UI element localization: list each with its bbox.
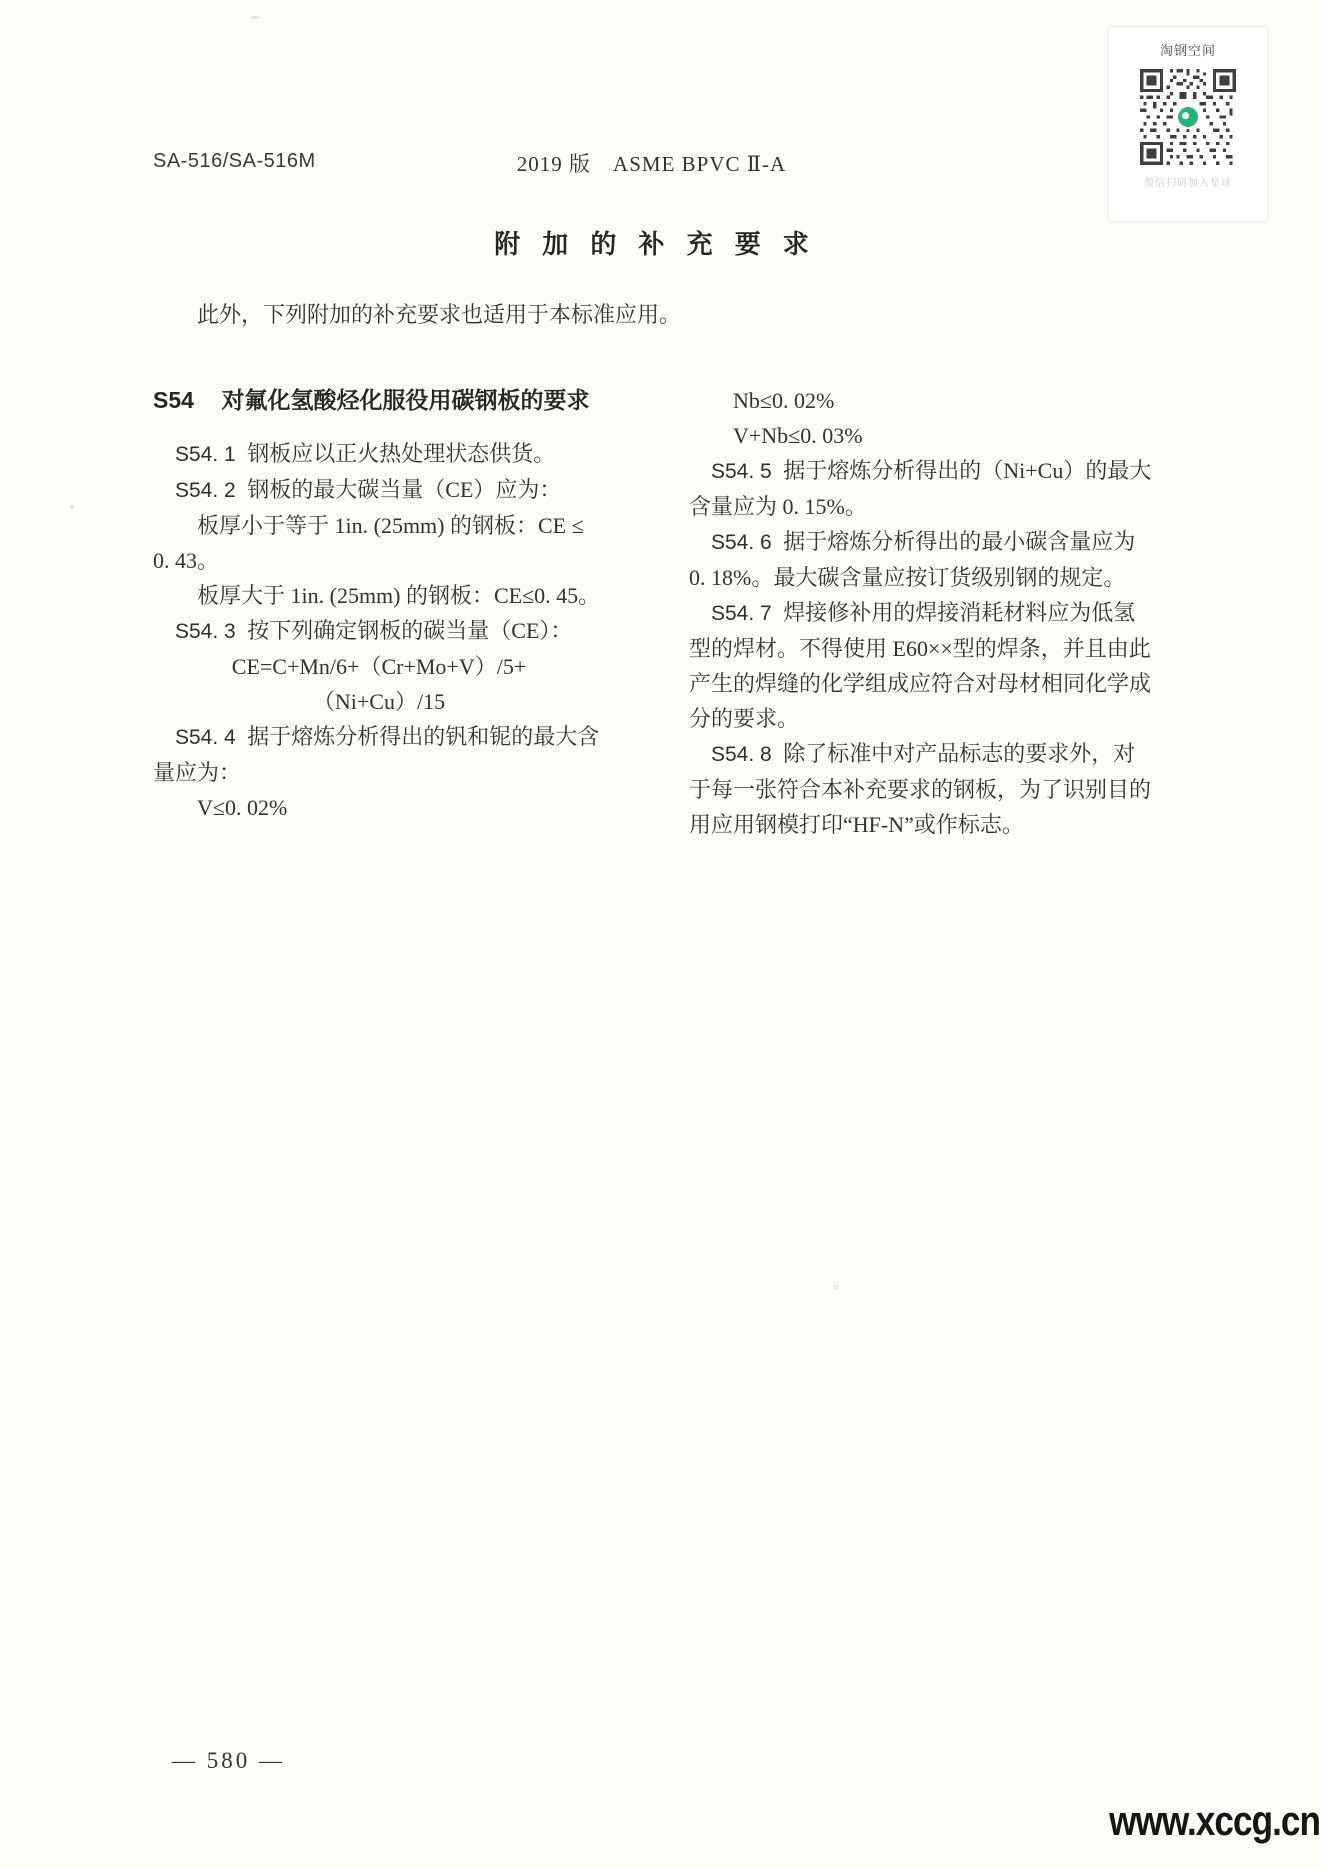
qr-widget-title: 淘钢空间 xyxy=(1109,40,1267,59)
limit-v-plus-nb: V+Nb≤0. 03% xyxy=(689,418,1155,453)
clause-number: S54. 1 xyxy=(175,443,236,466)
scan-artifact xyxy=(833,1284,839,1290)
clause-number: S54. 5 xyxy=(711,460,772,483)
page-header: SA-516/SA-516M 2019 版 ASME BPVC Ⅱ-A xyxy=(153,148,1150,176)
clause-s54-4: S54. 4据于熔炼分析得出的钒和铌的最大含量应为： xyxy=(153,719,605,790)
section-heading-s54: S54对氟化氢酸烃化服役用碳钢板的要求 xyxy=(153,383,605,418)
page-number: — 580 — xyxy=(172,1748,285,1774)
scan-artifact xyxy=(70,505,74,509)
spec-number: SA-516/SA-516M xyxy=(153,150,316,173)
clause-number: S54. 4 xyxy=(175,726,236,749)
left-column: S54对氟化氢酸烃化服役用碳钢板的要求 S54. 1钢板应以正火热处理状态供货。… xyxy=(153,383,605,842)
ce-formula-line-2: （Ni+Cu）/15 xyxy=(153,684,605,719)
clause-s54-3: S54. 3按下列确定钢板的碳当量（CE）： xyxy=(153,613,605,649)
limit-niobium: Nb≤0. 02% xyxy=(689,383,1155,418)
clause-s54-8: S54. 8除了标准中对产品标志的要求外，对于每一张符合本补充要求的钢板，为了识… xyxy=(689,736,1155,842)
document-page: 淘钢空间 xyxy=(0,0,1322,1869)
section-number: S54 xyxy=(153,387,194,413)
clause-number: S54. 7 xyxy=(711,602,772,625)
thickness-rule-gt-1in: 板厚大于 1in. (25mm) 的钢板：CE≤0. 45。 xyxy=(153,578,605,613)
clause-text: 按下列确定钢板的碳当量（CE）： xyxy=(247,618,572,643)
qr-widget-caption: 微信扫码加入星球 xyxy=(1109,174,1267,189)
right-column: Nb≤0. 02% V+Nb≤0. 03% S54. 5据于熔炼分析得出的（Ni… xyxy=(689,383,1155,842)
section-title: 对氟化氢酸烃化服役用碳钢板的要求 xyxy=(222,387,590,413)
clause-number: S54. 3 xyxy=(175,620,236,643)
clause-s54-7: S54. 7焊接修补用的焊接消耗材料应为低氢型的焊材。不得使用 E60××型的焊… xyxy=(689,595,1155,736)
ce-formula-line-1: CE=C+Mn/6+（Cr+Mo+V）/5+ xyxy=(153,649,605,684)
intro-paragraph: 此外，下列附加的补充要求也适用于本标准应用。 xyxy=(153,297,1150,332)
scan-artifact xyxy=(250,16,260,19)
qr-code-icon xyxy=(1140,69,1236,165)
limit-vanadium: V≤0. 02% xyxy=(153,790,605,825)
clause-number: S54. 2 xyxy=(175,479,236,502)
qr-widget: 淘钢空间 xyxy=(1108,26,1268,222)
edition-title: 2019 版 ASME BPVC Ⅱ-A xyxy=(517,148,786,178)
clause-s54-2: S54. 2钢板的最大碳当量（CE）应为： xyxy=(153,472,605,508)
body-columns: S54对氟化氢酸烃化服役用碳钢板的要求 S54. 1钢板应以正火热处理状态供货。… xyxy=(153,383,1158,842)
clause-text: 钢板应以正火热处理状态供货。 xyxy=(247,441,555,466)
page-title: 附加的补充要求 xyxy=(153,224,1150,261)
thickness-rule-le-1in: 板厚小于等于 1in. (25mm) 的钢板：CE ≤ 0. 43。 xyxy=(153,508,605,578)
site-watermark: www.xccg.cn xyxy=(1109,1798,1320,1845)
clause-s54-6: S54. 6据于熔炼分析得出的最小碳含量应为 0. 18%。最大碳含量应按订货级… xyxy=(689,524,1155,595)
clause-s54-1: S54. 1钢板应以正火热处理状态供货。 xyxy=(153,436,605,472)
clause-text: 钢板的最大碳当量（CE）应为： xyxy=(247,477,561,502)
clause-number: S54. 6 xyxy=(711,531,772,554)
clause-number: S54. 8 xyxy=(711,743,772,766)
clause-s54-5: S54. 5据于熔炼分析得出的（Ni+Cu）的最大含量应为 0. 15%。 xyxy=(689,453,1155,524)
